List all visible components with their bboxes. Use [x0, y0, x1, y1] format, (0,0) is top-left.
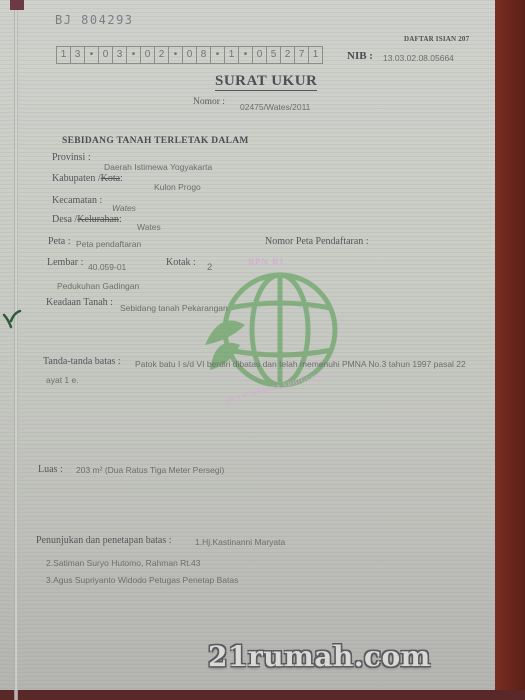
kelurahan-struck: Kelurahan — [77, 214, 119, 225]
id-box: 0 — [183, 47, 197, 63]
id-box: 3 — [71, 47, 85, 63]
kabupaten-value: Kulon Progo — [154, 182, 201, 192]
peta-value: Peta pendaftaran — [76, 239, 141, 249]
pedukuhan-value: Pedukuhan Gadingan — [57, 281, 139, 291]
nib-label: NIB : — [347, 50, 373, 62]
nomor-peta-label: Nomor Peta Pendaftaran : — [265, 236, 369, 247]
id-box: • — [85, 47, 99, 63]
penunjukan-item-3: 3.Agus Supriyanto Widodo Petugas Penetap… — [46, 575, 238, 585]
id-box: 2 — [281, 47, 295, 63]
kecamatan-value: Wates — [112, 203, 136, 213]
id-box: 1 — [309, 47, 322, 63]
tanda-batas-line-1: Patok batu I s/d VI berdiri dibatas dan … — [135, 359, 466, 369]
tanda-batas-label: Tanda-tanda batas : — [43, 356, 121, 367]
kotak-value: 2 — [207, 262, 212, 273]
keadaan-value: Sebidang tanah Pekarangan — [120, 303, 228, 313]
kabupaten-label: Kabupaten /Kota: — [52, 173, 123, 184]
kecamatan-label: Kecamatan : — [52, 195, 102, 206]
kabupaten-colon: : — [120, 173, 123, 184]
form-code: DAFTAR ISIAN 207 — [404, 35, 469, 43]
penunjukan-label: Penunjukan dan penetapan batas : — [36, 535, 172, 546]
tanda-batas-line-2: ayat 1 e. — [46, 375, 79, 385]
id-box: • — [127, 47, 141, 63]
lembar-label: Lembar : — [47, 257, 83, 268]
section-heading: SEBIDANG TANAH TERLETAK DALAM — [62, 136, 249, 146]
luas-label: Luas : — [38, 464, 63, 475]
ink-mark-icon — [2, 305, 22, 335]
kotak-label: Kotak : — [166, 257, 196, 268]
watermark-logo: 21rumah.com — [208, 640, 431, 673]
penunjukan-item-1: 1.Hj.Kastinanni Maryata — [195, 537, 285, 547]
id-box: 1 — [57, 47, 71, 63]
luas-value: 203 m² (Dua Ratus Tiga Meter Persegi) — [76, 465, 224, 475]
nomor-value: 02475/Wates/2011 — [240, 102, 310, 112]
id-box: • — [211, 47, 225, 63]
desa-colon: : — [119, 214, 122, 225]
id-box: 1 — [225, 47, 239, 63]
desa-text: Desa / — [52, 214, 77, 225]
id-box: 2 — [155, 47, 169, 63]
id-box: 7 — [295, 47, 309, 63]
kota-struck: Kota — [101, 173, 120, 184]
id-box: • — [239, 47, 253, 63]
penunjukan-item-2: 2.Satiman Suryo Hutomo, Rahman Rt.43 — [46, 558, 201, 568]
nomor-label: Nomor : — [193, 97, 225, 107]
id-box: 5 — [267, 47, 281, 63]
page-fold — [14, 0, 18, 700]
keadaan-label: Keadaan Tanah : — [46, 297, 113, 308]
id-number-boxes: 13•03•02•08•1•05271 — [56, 46, 323, 64]
binding-clip — [10, 0, 24, 10]
nib-value: 13.03.02.08.05664 — [383, 53, 454, 63]
serial-number: BJ 804293 — [55, 13, 134, 27]
desa-label: Desa /Kelurahan: — [52, 214, 122, 225]
id-box: 0 — [253, 47, 267, 63]
provinsi-value: Daerah Istimewa Yogyakarta — [104, 162, 212, 172]
id-box: 0 — [141, 47, 155, 63]
peta-label: Peta : — [48, 236, 71, 247]
document-title: SURAT UKUR — [215, 73, 317, 91]
kabupaten-text: Kabupaten / — [52, 173, 101, 184]
table-edge — [0, 690, 525, 700]
id-box: 0 — [99, 47, 113, 63]
id-box: • — [169, 47, 183, 63]
seal-text-top: BPN RI — [248, 257, 284, 267]
id-box: 8 — [197, 47, 211, 63]
id-box: 3 — [113, 47, 127, 63]
provinsi-label: Provinsi : — [52, 152, 91, 163]
folder-edge — [495, 0, 525, 700]
desa-value: Wates — [137, 222, 161, 232]
lembar-value: 40.059-01 — [88, 262, 126, 272]
